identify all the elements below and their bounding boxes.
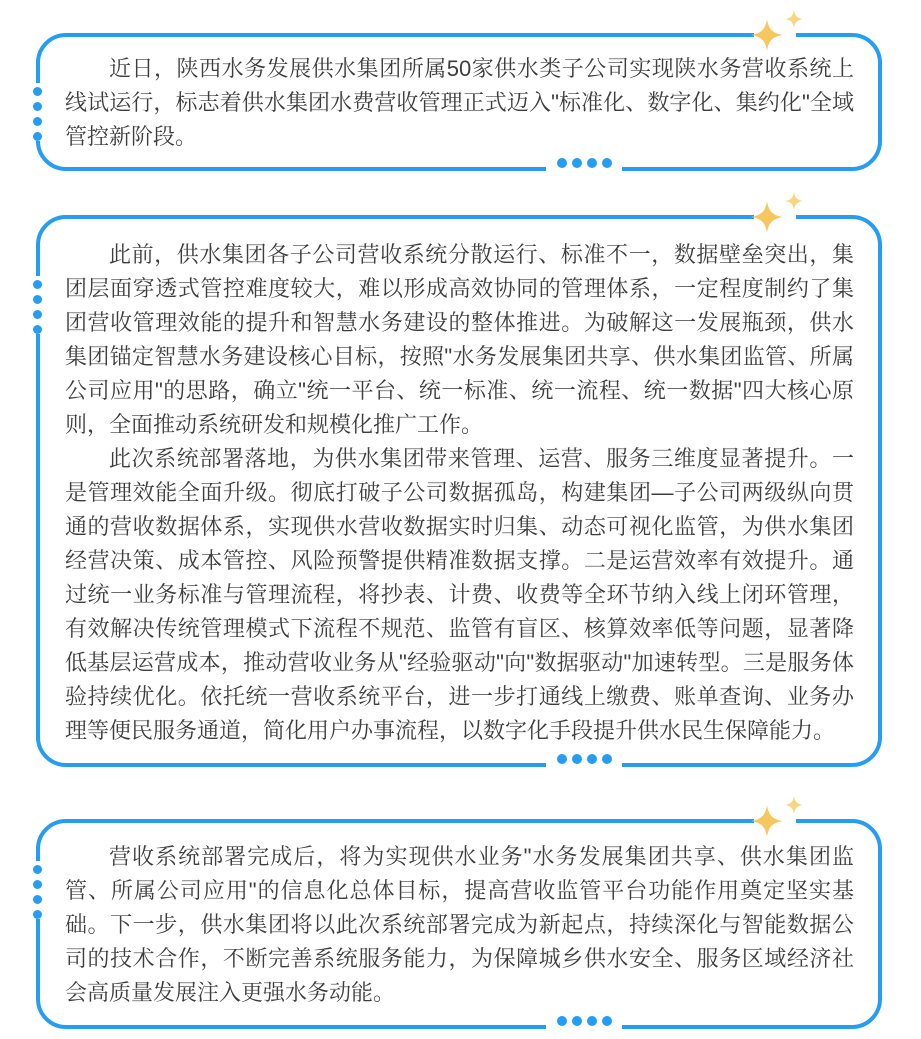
outlook-paragraph: 营收系统部署完成后，将为实现供水业务"水务发展集团共享、供水集团监管、所属公司应… bbox=[65, 840, 854, 1010]
dot-icon bbox=[33, 880, 42, 889]
dot-icon bbox=[557, 1016, 567, 1026]
dot-icon bbox=[33, 132, 42, 141]
dots-horizontal-icon bbox=[557, 754, 612, 764]
article-card-outlook: 营收系统部署完成后，将为实现供水业务"水务发展集团共享、供水集团监管、所属公司应… bbox=[36, 819, 882, 1029]
dot-icon bbox=[33, 895, 42, 904]
dots-vertical-icon bbox=[33, 87, 42, 141]
dot-icon bbox=[33, 865, 42, 874]
dot-icon bbox=[572, 754, 582, 764]
dot-icon bbox=[572, 1016, 582, 1026]
dot-icon bbox=[33, 280, 42, 289]
dot-icon bbox=[572, 158, 582, 168]
article-card-intro: 近日，陕西水务发展供水集团所属50家供水类子公司实现陕水务营收系统上线试运行，标… bbox=[36, 33, 882, 171]
dot-icon bbox=[587, 158, 597, 168]
body-paragraph-1: 此前，供水集团各子公司营收系统分散运行、标准不一，数据壁垒突出，集团层面穿透式管… bbox=[65, 238, 854, 442]
dot-icon bbox=[33, 310, 42, 319]
dot-icon bbox=[33, 910, 42, 919]
dot-icon bbox=[602, 754, 612, 764]
dot-icon bbox=[33, 87, 42, 96]
dot-icon bbox=[33, 325, 42, 334]
dots-horizontal-icon bbox=[557, 1016, 612, 1026]
dot-icon bbox=[587, 754, 597, 764]
article-page: 近日，陕西水务发展供水集团所属50家供水类子公司实现陕水务营收系统上线试运行，标… bbox=[0, 0, 921, 1039]
dots-vertical-icon bbox=[33, 865, 42, 919]
dot-icon bbox=[33, 295, 42, 304]
dots-horizontal-icon bbox=[557, 158, 612, 168]
sparkle-icon bbox=[750, 796, 804, 838]
sparkle-icon bbox=[750, 10, 804, 52]
dot-icon bbox=[557, 158, 567, 168]
dot-icon bbox=[602, 1016, 612, 1026]
dot-icon bbox=[33, 102, 42, 111]
dot-icon bbox=[33, 117, 42, 126]
dots-vertical-icon bbox=[33, 280, 42, 334]
dot-icon bbox=[602, 158, 612, 168]
dot-icon bbox=[557, 754, 567, 764]
intro-paragraph: 近日，陕西水务发展供水集团所属50家供水类子公司实现陕水务营收系统上线试运行，标… bbox=[65, 52, 854, 154]
body-paragraph-2: 此次系统部署落地，为供水集团带来管理、运营、服务三维度显著提升。一是管理效能全面… bbox=[65, 442, 854, 748]
dot-icon bbox=[587, 1016, 597, 1026]
article-card-body: 此前，供水集团各子公司营收系统分散运行、标准不一，数据壁垒突出，集团层面穿透式管… bbox=[36, 215, 882, 767]
sparkle-icon bbox=[750, 192, 804, 234]
